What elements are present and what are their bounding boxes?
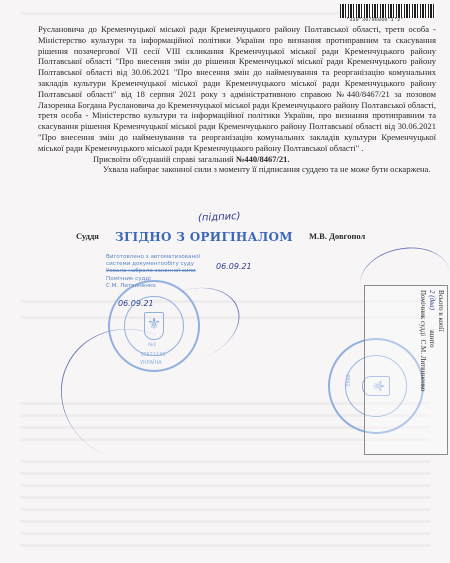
main-paragraph: Руслановича до Кременчуцької міської рад… [38, 24, 436, 154]
seal-code: 3862 [344, 374, 350, 387]
stamp-line: Ухвала набрала законної сили [106, 268, 200, 275]
document-body: Руслановича до Кременчуцької міської рад… [38, 24, 436, 175]
effect-paragraph: Ухвала набирає законної сили з моменту ї… [38, 164, 436, 175]
barcode [340, 4, 436, 18]
bleed-through-line [20, 460, 430, 463]
bleed-through-line [20, 484, 430, 487]
copy-stamp-pages: 2 (два) зшито [427, 290, 436, 450]
certification-stamp-title: ЗГІДНО З ОРИГІНАЛОМ [115, 230, 293, 244]
bleed-through-line [20, 472, 430, 475]
bleed-through-line [20, 496, 430, 499]
stamp-line: системи документообігу суду [106, 261, 200, 268]
case-number: №440/8467/21. [236, 154, 290, 164]
document-page: *330*30796860*1*2* Руслановича до Кремен… [0, 0, 450, 563]
case-number-paragraph: Присвоїти об'єднаній справі загальний №4… [38, 154, 436, 165]
judge-name: М.В. Довгопол [309, 231, 365, 241]
case-number-prefix: Присвоїти об'єднаній справі загальний [93, 154, 236, 164]
judge-label: Суддя [76, 231, 99, 241]
copy-stamp-assistant: Помічник судді С.М. Литвиненко [418, 290, 427, 450]
bleed-through-line [20, 508, 430, 511]
stamp-line: Виготовлено з автоматизованої [106, 254, 200, 261]
bleed-through-line [20, 544, 430, 547]
bleed-through-line [20, 532, 430, 535]
barcode-number: *330*30796860*1*2* [346, 17, 404, 23]
bleed-through-line [20, 520, 430, 523]
copy-stamp-line: Всього в копії [436, 290, 445, 450]
copy-count-stamp: Всього в копії 2 (два) зшито Помічник су… [364, 285, 448, 455]
certification-date: 06.09.21 [216, 262, 252, 271]
handwritten-signature-note: (підпис) [198, 211, 241, 224]
